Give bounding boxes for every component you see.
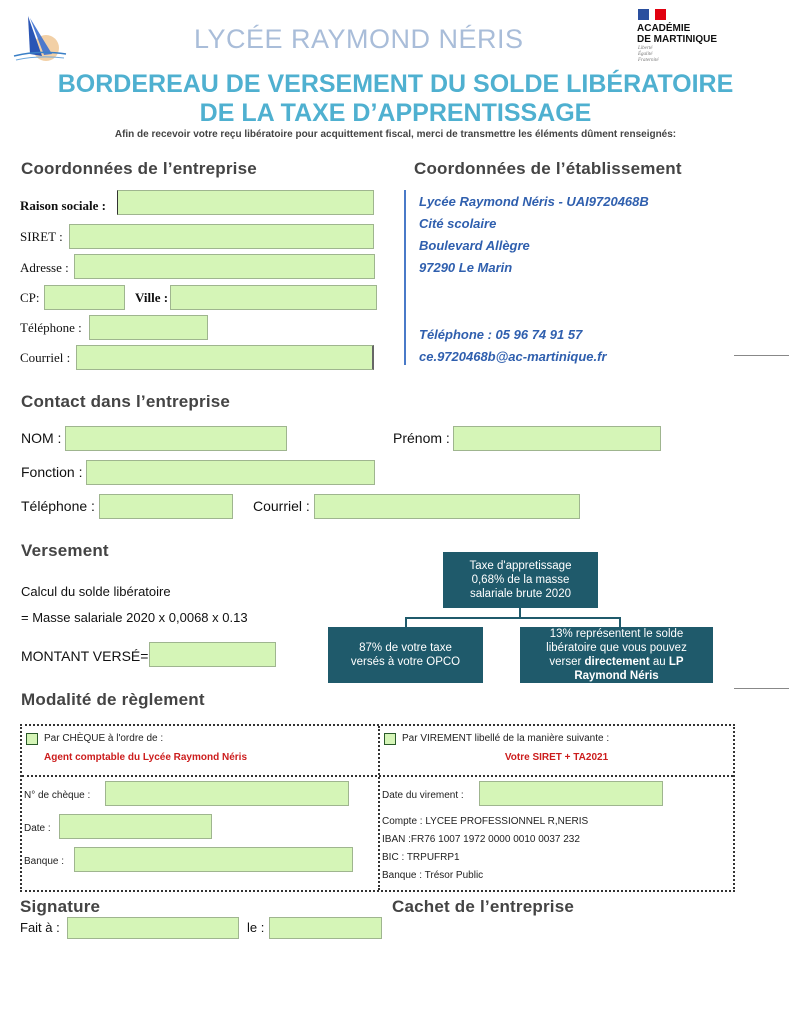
french-flag-icon [638, 9, 666, 20]
prenom-label: Prénom : [393, 430, 450, 446]
entreprise-heading: Coordonnées de l’entreprise [21, 159, 257, 179]
academie-line1: ACADÉMIE [637, 23, 690, 34]
cheque-date-field[interactable] [59, 814, 212, 839]
school-name: LYCÉE RAYMOND NÉRIS [194, 24, 524, 55]
montant-label: MONTANT VERSÉ= [21, 648, 148, 664]
siret-label: SIRET : [20, 229, 63, 245]
cachet-heading: Cachet de l’entreprise [392, 897, 574, 917]
virement-date-label: Date du virement : [382, 790, 464, 801]
courriel-field[interactable] [76, 345, 374, 370]
academie-logo: ACADÉMIE DE MARTINIQUE Liberté Égalité F… [636, 9, 736, 69]
divider-line [734, 688, 789, 689]
diagram-left-box: 87% de votre taxe versés à votre OPCO [328, 627, 483, 683]
cp-label: CP: [20, 290, 40, 306]
etablissement-accent-bar [404, 190, 406, 365]
virement-compte: Compte : LYCEE PROFESSIONNEL R,NERIS [382, 816, 588, 827]
cheque-checkbox[interactable] [26, 733, 38, 745]
calc-label: Calcul du solde libératoire [21, 584, 171, 599]
virement-reference: Votre SIRET + TA2021 [378, 752, 735, 763]
cp-field[interactable] [44, 285, 125, 310]
nom-label: NOM : [21, 430, 61, 446]
raison-sociale-label: Raison sociale : [20, 198, 106, 214]
le-field[interactable] [269, 917, 382, 939]
etablissement-heading: Coordonnées de l’établissement [414, 159, 682, 179]
ville-label: Ville : [135, 290, 168, 306]
telephone-label: Téléphone : [20, 320, 82, 336]
contact-telephone-field[interactable] [99, 494, 233, 519]
instructions: Afin de recevoir votre reçu libératoire … [0, 129, 791, 140]
etablissement-line2: Cité scolaire [419, 216, 496, 231]
cheque-payee: Agent comptable du Lycée Raymond Néris [44, 752, 247, 763]
cheque-date-label: Date : [24, 823, 51, 834]
lycee-logo [8, 8, 68, 63]
motto: Liberté Égalité Fraternité [638, 46, 659, 64]
prenom-field[interactable] [453, 426, 661, 451]
contact-telephone-label: Téléphone : [21, 498, 95, 514]
le-label: le : [247, 920, 264, 935]
etablissement-line3: Boulevard Allègre [419, 238, 530, 253]
courriel-label: Courriel : [20, 350, 70, 366]
fonction-label: Fonction : [21, 464, 82, 480]
montant-field[interactable] [149, 642, 276, 667]
virement-label: Par VIREMENT libellé de la manière suiva… [402, 733, 609, 744]
adresse-field[interactable] [74, 254, 375, 279]
etablissement-line4: 97290 Le Marin [419, 260, 512, 275]
contact-heading: Contact dans l’entreprise [21, 392, 230, 412]
telephone-field[interactable] [89, 315, 208, 340]
etablissement-email[interactable]: ce.9720468b@ac-martinique.fr [419, 349, 607, 364]
fait-a-field[interactable] [67, 917, 239, 939]
payment-table: Par CHÈQUE à l'ordre de : Agent comptabl… [20, 724, 735, 892]
ville-field[interactable] [170, 285, 377, 310]
diagram-connector-h [405, 617, 621, 619]
nom-field[interactable] [65, 426, 287, 451]
fait-a-label: Fait à : [20, 920, 60, 935]
fonction-field[interactable] [86, 460, 375, 485]
cheque-numero-label: N° de chèque : [24, 790, 90, 801]
virement-bic: BIC : TRPUFRP1 [382, 852, 460, 863]
raison-sociale-field[interactable] [117, 190, 374, 215]
adresse-label: Adresse : [20, 260, 69, 276]
diagram-connector-left [405, 617, 407, 627]
contact-courriel-field[interactable] [314, 494, 580, 519]
cheque-label: Par CHÈQUE à l'ordre de : [44, 733, 163, 744]
formula: = Masse salariale 2020 x 0,0068 x 0.13 [21, 610, 248, 625]
sailboat-logo-icon [8, 8, 68, 63]
document-title: BORDEREAU DE VERSEMENT DU SOLDE LIBÉRATO… [0, 70, 791, 128]
etablissement-phone: Téléphone : 05 96 74 91 57 [419, 327, 582, 342]
cheque-banque-field[interactable] [74, 847, 353, 872]
virement-iban: IBAN :FR76 1007 1972 0000 0010 0037 232 [382, 834, 580, 845]
virement-banque: Banque : Trésor Public [382, 870, 483, 881]
academie-line2: DE MARTINIQUE [637, 34, 717, 45]
contact-courriel-label: Courriel : [253, 498, 310, 514]
virement-checkbox[interactable] [384, 733, 396, 745]
signature-heading: Signature [20, 897, 100, 917]
diagram-top-box: Taxe d'appretissage 0,68% de la masse sa… [443, 552, 598, 608]
divider-line [734, 355, 789, 356]
reglement-heading: Modalité de règlement [21, 690, 205, 710]
etablissement-name: Lycée Raymond Néris - UAI9720468B [419, 194, 649, 209]
diagram-right-box: 13% représentent le solde libératoire qu… [520, 627, 713, 683]
virement-date-field[interactable] [479, 781, 663, 806]
diagram-connector-right [619, 617, 621, 627]
cheque-banque-label: Banque : [24, 856, 64, 867]
cheque-numero-field[interactable] [105, 781, 349, 806]
siret-field[interactable] [69, 224, 374, 249]
versement-heading: Versement [21, 541, 109, 561]
